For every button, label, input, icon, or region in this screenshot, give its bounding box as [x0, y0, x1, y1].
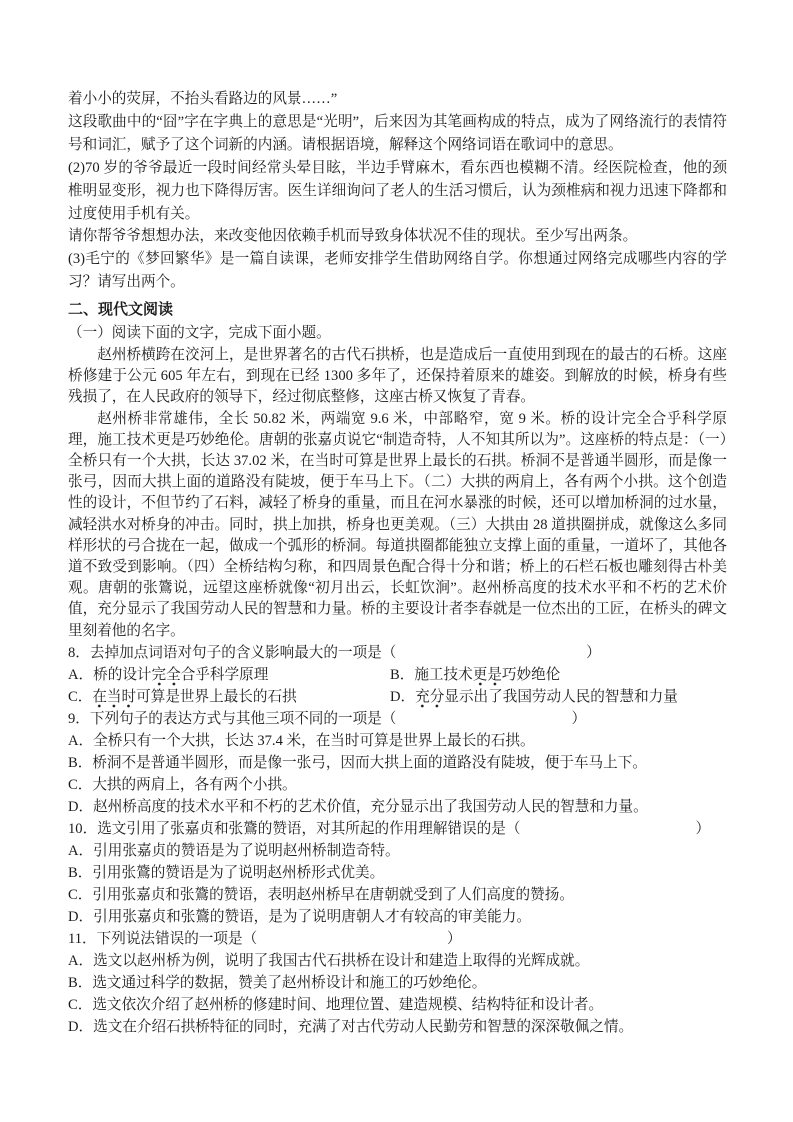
option-label: C． — [68, 777, 92, 793]
intro-paragraph: 请你帮爷爷想想办法，来改变他因依赖手机而导致身体状况不佳的现状。至少写出两条。 — [68, 225, 727, 248]
subsection-instruction: （一）阅读下面的文字，完成下面小题。 — [68, 322, 727, 345]
option-a: A．引用张嘉贞的赞语是为了说明赵州桥制造奇特。 — [68, 840, 727, 862]
question-stem: 10．选文引用了张嘉贞和张鷟的赞语，对其所起的作用理解错误的是（ ） — [68, 818, 727, 840]
option-text: 选文通过科学的数据，赞美了赵州桥设计和施工的巧妙绝伦。 — [92, 975, 486, 991]
option-text: 施工技术 — [414, 667, 472, 683]
section-heading: 二、现代文阅读 — [68, 299, 727, 322]
option-b: B．施工技术更是巧妙绝伦 — [390, 664, 560, 686]
option-text: 引用张嘉贞和张鷟的赞语，是为了说明唐朝人才有较高的审美能力。 — [93, 909, 531, 925]
option-c: C．大拱的两肩上，各有两个小拱。 — [68, 774, 727, 796]
option-text: 引用张嘉贞和张鷟的赞语，表明赵州桥早在唐朝就受到了人们高度的赞扬。 — [92, 887, 574, 903]
option-label: D． — [68, 909, 93, 925]
option-text: 显示出了我国劳动人民的智慧和力量 — [444, 689, 678, 705]
option-label: B． — [390, 667, 414, 683]
emphasized-word: 在当时 — [92, 689, 136, 708]
option-a: A．全桥只有一个大拱，长达 37.4 米，在当时可算是世界上最长的石拱。 — [68, 730, 727, 752]
option-b: B．引用张鷟的赞语是为了说明赵州桥形式优美。 — [68, 862, 727, 884]
intro-paragraph: 着小小的荧屏，不抬头看路边的风景……” — [68, 88, 727, 111]
option-text: 可算是世界上最长的石拱 — [136, 689, 297, 705]
option-d: D．引用张嘉贞和张鷟的赞语，是为了说明唐朝人才有较高的审美能力。 — [68, 906, 727, 928]
option-text: 全桥只有一个大拱，长达 37.4 米，在当时可算是世界上最长的石拱。 — [93, 733, 534, 749]
option-label: B． — [68, 755, 92, 771]
passage-paragraph: 赵州桥非常雄伟，全长 50.82 米，两端宽 9.6 米，中部略窄，宽 9 米。… — [68, 409, 727, 642]
option-text: 选文依次介绍了赵州桥的修建时间、地理位置、建造规模、结构特征和设计者。 — [92, 997, 603, 1013]
option-text: 引用张鷟的赞语是为了说明赵州桥形式优美。 — [92, 865, 384, 881]
option-d: D．选文在介绍石拱桥特征的同时，充满了对古代劳动人民勤劳和智慧的深深敬佩之情。 — [68, 1016, 727, 1038]
emphasized-word: 完全 — [152, 667, 181, 686]
reading-passage: 赵州桥横跨在洨河上，是世界著名的古代石拱桥，也是造成后一直使用到现在的最古的石桥… — [68, 345, 727, 642]
option-a: A．桥的设计完全合乎科学原理 — [68, 664, 390, 686]
option-label: D． — [68, 799, 93, 815]
option-label: C． — [68, 997, 92, 1013]
emphasized-word: 更是 — [473, 667, 502, 686]
option-text: 选文以赵州桥为例，说明了我国古代石拱桥在设计和建造上取得的光辉成就。 — [93, 953, 589, 969]
option-text: 引用张嘉贞的赞语是为了说明赵州桥制造奇特。 — [93, 843, 399, 859]
option-label: C． — [68, 887, 92, 903]
option-c: C．选文依次介绍了赵州桥的修建时间、地理位置、建造规模、结构特征和设计者。 — [68, 994, 727, 1016]
option-row: A．桥的设计完全合乎科学原理 B．施工技术更是巧妙绝伦 — [68, 664, 727, 686]
prelude-section: 着小小的荧屏，不抬头看路边的风景……” 这段歌曲中的“囧”字在字典上的意思是“光… — [68, 88, 727, 294]
question-8: 8．去掉加点词语对句子的含义影响最大的一项是（ ） A．桥的设计完全合乎科学原理… — [68, 642, 727, 708]
option-a: A．选文以赵州桥为例，说明了我国古代石拱桥在设计和建造上取得的光辉成就。 — [68, 950, 727, 972]
option-label: A． — [68, 843, 93, 859]
option-label: B． — [68, 975, 92, 991]
option-text: 赵州桥高度的技术水平和不朽的艺术价值，充分显示出了我国劳动人民的智慧和力量。 — [93, 799, 648, 815]
option-label: A． — [68, 733, 93, 749]
question-11: 11．下列说法错误的一项是（ ） A．选文以赵州桥为例，说明了我国古代石拱桥在设… — [68, 928, 727, 1038]
option-text: 选文在介绍石拱桥特征的同时，充满了对古代劳动人民勤劳和智慧的深深敬佩之情。 — [93, 1019, 633, 1035]
option-label: A． — [68, 667, 93, 683]
option-text: 大拱的两肩上，各有两个小拱。 — [92, 777, 296, 793]
question-10: 10．选文引用了张嘉贞和张鷟的赞语，对其所起的作用理解错误的是（ ） A．引用张… — [68, 818, 727, 928]
option-c: C．在当时可算是世界上最长的石拱 — [68, 686, 390, 708]
option-b: B．选文通过科学的数据，赞美了赵州桥设计和施工的巧妙绝伦。 — [68, 972, 727, 994]
option-label: D． — [68, 1019, 93, 1035]
question-stem: 8．去掉加点词语对句子的含义影响最大的一项是（ ） — [68, 642, 727, 664]
option-text: 桥洞不是普通半圆形，而是像一张弓，因而大拱上面的道路没有陡坡，便于车马上下。 — [92, 755, 647, 771]
option-text: 合乎科学原理 — [181, 667, 269, 683]
option-label: D． — [390, 689, 415, 705]
option-d: D．充分显示出了我国劳动人民的智慧和力量 — [390, 686, 678, 708]
option-label: C． — [68, 689, 92, 705]
option-label: A． — [68, 953, 93, 969]
option-text: 巧妙绝伦 — [502, 667, 560, 683]
option-row: C．在当时可算是世界上最长的石拱 D．充分显示出了我国劳动人民的智慧和力量 — [68, 686, 727, 708]
question-9: 9．下列句子的表达方式与其他三项不同的一项是（ ） A．全桥只有一个大拱，长达 … — [68, 708, 727, 818]
option-d: D．赵州桥高度的技术水平和不朽的艺术价值，充分显示出了我国劳动人民的智慧和力量。 — [68, 796, 727, 818]
intro-paragraph: (2)70 岁的爷爷最近一段时间经常头晕目眩，半边手臂麻木，看东西也模糊不清。经… — [68, 157, 727, 226]
intro-paragraph: 这段歌曲中的“囧”字在字典上的意思是“光明”，后来因为其笔画构成的特点，成为了网… — [68, 111, 727, 157]
option-b: B．桥洞不是普通半圆形，而是像一张弓，因而大拱上面的道路没有陡坡，便于车马上下。 — [68, 752, 727, 774]
question-stem: 9．下列句子的表达方式与其他三项不同的一项是（ ） — [68, 708, 727, 730]
option-text: 桥的设计 — [93, 667, 151, 683]
emphasized-word: 充分 — [415, 689, 444, 708]
option-c: C．引用张嘉贞和张鷟的赞语，表明赵州桥早在唐朝就受到了人们高度的赞扬。 — [68, 884, 727, 906]
option-label: B． — [68, 865, 92, 881]
question-stem: 11．下列说法错误的一项是（ ） — [68, 928, 727, 950]
exam-document-page: 着小小的荧屏，不抬头看路边的风景……” 这段歌曲中的“囧”字在字典上的意思是“光… — [0, 0, 793, 1122]
intro-paragraph: (3)毛宁的《梦回繁华》是一篇自读课，老师安排学生借助网络自学。你想通过网络完成… — [68, 248, 727, 294]
passage-paragraph: 赵州桥横跨在洨河上，是世界著名的古代石拱桥，也是造成后一直使用到现在的最古的石桥… — [68, 345, 727, 409]
